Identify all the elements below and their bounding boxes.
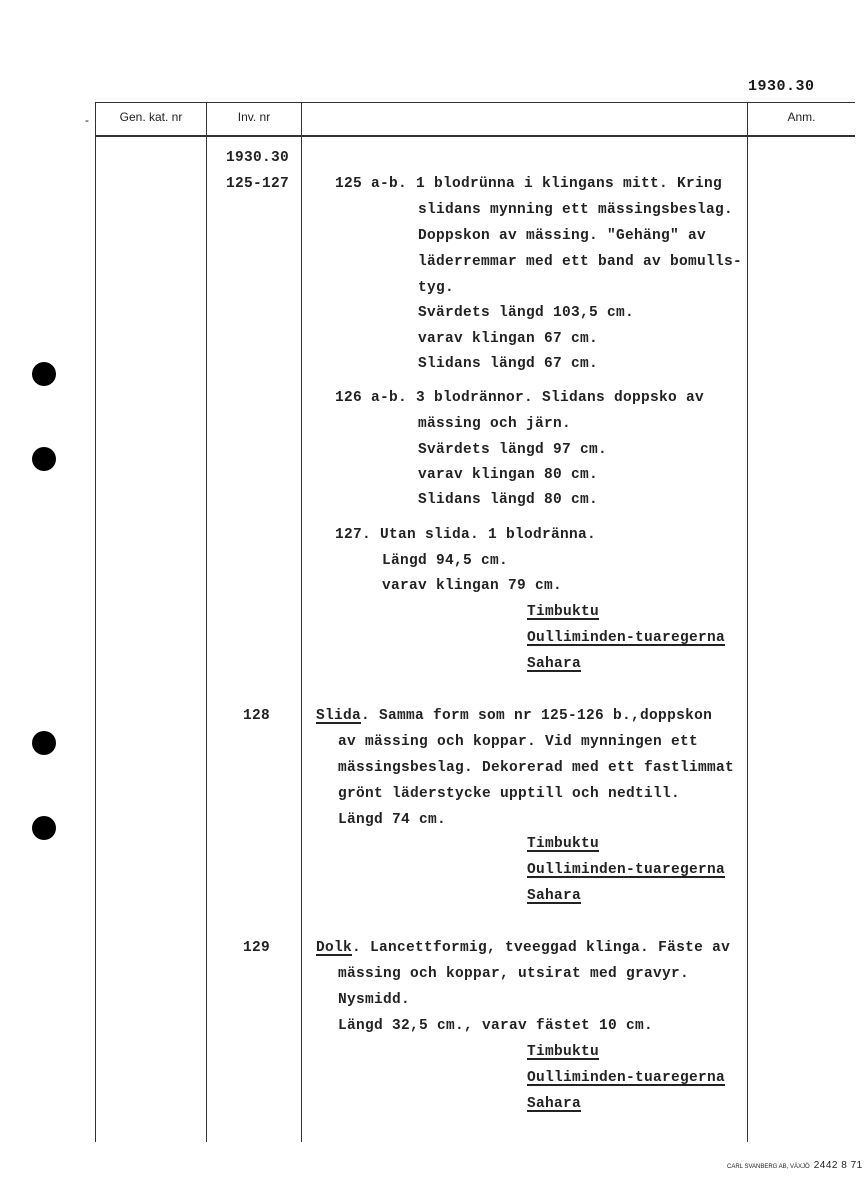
description-line: 125 a-b. 1 blodrünna i klingans mitt. Kr… xyxy=(335,176,722,192)
description-line: Längd 94,5 cm. xyxy=(382,553,508,569)
description-line: mässing och järn. xyxy=(418,416,571,432)
provenance-city: Timbuktu xyxy=(527,1044,599,1060)
description-text: . Samma form som nr 125-126 b.,doppskon xyxy=(361,708,712,724)
description-text: . Lancettformig, tveeggad klinga. Fäste … xyxy=(352,940,730,956)
inv-number: 125-127 xyxy=(226,176,289,192)
margin-mark: - xyxy=(85,113,89,127)
provenance-people: Oulliminden-tuaregerna xyxy=(527,862,725,878)
header-inv: Inv. nr xyxy=(207,110,301,124)
provenance-region: Sahara xyxy=(527,888,581,904)
description-line: Dolk. Lancettformig, tveeggad klinga. Fä… xyxy=(316,940,730,956)
description-line: varav klingan 67 cm. xyxy=(418,331,598,347)
description-line: Nysmidd. xyxy=(338,992,410,1008)
table-top-rule xyxy=(95,102,855,103)
provenance-people: Oulliminden-tuaregerna xyxy=(527,1070,725,1086)
provenance-region: Sahara xyxy=(527,1096,581,1112)
description-line: 127. Utan slida. 1 blodränna. xyxy=(335,527,596,543)
description-line: 126 a-b. 3 blodrännor. Slidans doppsko a… xyxy=(335,390,704,406)
description-line: Doppskon av mässing. "Gehäng" av xyxy=(418,228,706,244)
provenance-region: Sahara xyxy=(527,656,581,672)
binder-hole-1 xyxy=(32,362,56,386)
binder-hole-4 xyxy=(32,816,56,840)
description-line: Längd 32,5 cm., varav fästet 10 cm. xyxy=(338,1018,653,1034)
provenance-city: Timbuktu xyxy=(527,836,599,852)
header-bottom-rule xyxy=(95,135,855,137)
header-anm: Anm. xyxy=(748,110,855,124)
binder-hole-2 xyxy=(32,447,56,471)
page-number: 1930.30 xyxy=(748,78,815,95)
col-divider-3 xyxy=(301,102,302,1142)
col-divider-4 xyxy=(747,102,748,1142)
description-line: av mässing och koppar. Vid mynningen ett xyxy=(338,734,698,750)
description-line: läderremmar med ett band av bomulls- xyxy=(418,254,742,270)
description-line: mässingsbeslag. Dekorerad med ett fastli… xyxy=(338,760,734,776)
printer-footer: CARL SVANBERG AB, VÄXJÖ2442 8 71 xyxy=(727,1160,863,1171)
description-line: varav klingan 79 cm. xyxy=(382,578,562,594)
col-divider-2 xyxy=(206,102,207,1142)
description-line: mässing och koppar, utsirat med gravyr. xyxy=(338,966,689,982)
item-title: Dolk xyxy=(316,940,352,956)
description-line: varav klingan 80 cm. xyxy=(418,467,598,483)
printer-name: CARL SVANBERG AB, VÄXJÖ xyxy=(727,1164,810,1170)
provenance-people: Oulliminden-tuaregerna xyxy=(527,630,725,646)
description-line: slidans mynning ett mässingsbeslag. xyxy=(418,202,733,218)
description-line: tyg. xyxy=(418,280,454,296)
form-code: 2442 8 71 xyxy=(814,1160,863,1171)
description-line: Längd 74 cm. xyxy=(338,812,446,828)
description-line: Svärdets längd 97 cm. xyxy=(418,442,607,458)
inv-number: 129 xyxy=(243,940,270,956)
inv-number: 128 xyxy=(243,708,270,724)
description-line: grönt läderstycke upptill och nedtill. xyxy=(338,786,680,802)
provenance-city: Timbuktu xyxy=(527,604,599,620)
description-line: Slidans längd 67 cm. xyxy=(418,356,598,372)
col-divider-1 xyxy=(95,102,96,1142)
description-line: Svärdets längd 103,5 cm. xyxy=(418,305,634,321)
description-line: Slidans längd 80 cm. xyxy=(418,492,598,508)
item-title: Slida xyxy=(316,708,361,724)
header-gen-kat: Gen. kat. nr xyxy=(96,110,206,124)
inv-number: 1930.30 xyxy=(226,150,289,166)
description-line: Slida. Samma form som nr 125-126 b.,dopp… xyxy=(316,708,712,724)
binder-hole-3 xyxy=(32,731,56,755)
